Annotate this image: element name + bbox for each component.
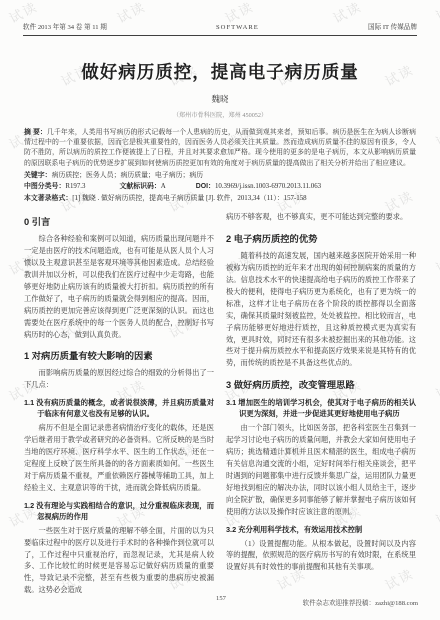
journal-tagline: 国际 IT 传媒品牌	[368, 21, 417, 31]
keywords-label: 关键字：	[24, 172, 52, 179]
subsection-3-1-paragraph: 由一个部门领头，比如医务部，把各科室医生召集到一起学习讨论电子病历的质量问题，并…	[226, 423, 416, 518]
subsection-1-2-continuation: 病历不够客观，也不够真实，更不可能达到完整的要求。	[226, 212, 416, 224]
author-affiliation: （郑州市骨科医院，郑州 450052）	[0, 110, 440, 119]
subsection-heading-1-2: 1.2 没有理论与实践相结合的意识，过分重视临床表现，而忽视病历的作用	[24, 500, 214, 522]
body-columns: 0 引言 综合各种经验和案例可以知道，病历质量出现问题并不一定是由医疗的技术问题…	[24, 212, 416, 599]
journal-header: 软件 2013 年第 34 卷 第 11 期 SOFTWARE 国际 IT 传媒…	[23, 0, 417, 31]
section-heading-1: 1 对病历质量有较大影响的因素	[24, 350, 214, 362]
submission-note: 软件杂志欢迎推荐投稿：zazhi@188.com	[303, 597, 418, 607]
subsection-1-2-paragraph: 一些医生对于医疗质量的理解不够全面，片面的以为只要临床过程中的医疗以及进行手术时…	[24, 526, 214, 597]
section-1-intro: 而影响病历质量的原因经过综合的细致的分析得出了一下几点：	[24, 368, 214, 392]
keywords: 关键字：病历质控；医务人员；病历质量；电子病历；病历	[24, 171, 416, 182]
intro-paragraph: 综合各种经验和案例可以知道，病历质量出现问题并不一定是由医疗的技术问题造成，也有…	[24, 234, 214, 341]
author-name: 魏晓	[0, 93, 440, 105]
abstract: 摘 要：几千年来，人类用书写病历的形式记载每一个人患病的历史，从而做到观其来者，…	[24, 128, 416, 169]
journal-name: SOFTWARE	[216, 24, 259, 31]
doc-code-label: 文献标识码：	[119, 183, 160, 190]
keywords-text: 病历质控；医务人员；病历质量；电子病历；病历	[52, 172, 204, 179]
clc-label: 中图分类号：	[24, 183, 65, 190]
classification-line: 中图分类号：R197.3 文献标识码：A DOI：10.3969/j.issn.…	[24, 182, 416, 193]
section-heading-intro: 0 引言	[24, 216, 214, 228]
journal-issue: 软件 2013 年第 34 卷 第 11 期	[23, 21, 107, 31]
section-heading-2: 2 电子病历质控的优势	[226, 233, 416, 245]
clc-number: R197.3	[65, 183, 85, 190]
subsection-heading-3-2: 3.2 充分利用科学技术，有效运用技术控制	[226, 524, 416, 535]
right-column: 病历不够客观，也不够真实，更不可能达到完整的要求。 2 电子病历质控的优势 随着…	[226, 212, 416, 576]
subsection-heading-1-1: 1.1 没有病历质量的概念，或者说很淡薄，并且病历质量对于临床有何意义也没有足够…	[24, 397, 214, 419]
subsection-3-2-paragraph: （1）设置提醒功能。从根本做起，设置时间以及内容等的提醒，依照规范的医疗病历书写…	[226, 539, 416, 575]
section-heading-3: 3 做好病历质控，改变管理思路	[226, 379, 416, 391]
page-footer: 157 软件杂志欢迎推荐投稿：zazhi@188.com	[24, 595, 418, 607]
subsection-heading-3-1: 3.1 增加医生的培训学习机会，使其对于电子病历的相关认识更为深刻，并进一步促进…	[226, 397, 416, 419]
citation-line: 本文著录格式：[1] 魏晓 . 做好病历质控，提高电子病历质量 [J]. 软件，…	[24, 194, 416, 205]
doi-value: 10.3969/j.issn.1003-6970.2013.11.063	[215, 183, 321, 190]
doi-label: DOI：	[196, 183, 215, 190]
paper-page: 试读试读试读试读试读试读试读试读试读试读试读试读试读试读试读试读试读试读试读试读…	[0, 0, 440, 620]
subsection-1-1-paragraph: 病历不但是全面记录患者病情治疗变化的载体，还是医学后继者用于教学或者研究的必备资…	[24, 423, 214, 494]
section-2-paragraph: 随着科技的高速发展，国内越来越多医院开始采用一种被称为病历质控的近年来才出现的如…	[226, 251, 416, 370]
citation-label: 本文著录格式：	[24, 195, 72, 202]
page-number: 157	[216, 595, 226, 602]
left-column: 0 引言 综合各种经验和案例可以知道，病历质量出现问题并不一定是由医疗的技术问题…	[24, 212, 214, 599]
header-divider	[23, 35, 417, 36]
paper-title: 做好病历质控，提高电子病历质量	[30, 59, 410, 84]
abstract-text: 几千年来，人类用书写病历的形式记载每一个人患病的历史，从而做到观其来者，预知后事…	[24, 129, 416, 167]
citation-text: [1] 魏晓 . 做好病历质控，提高电子病历质量 [J]. 软件，2013,34…	[72, 195, 306, 202]
abstract-label: 摘 要：	[24, 129, 47, 136]
